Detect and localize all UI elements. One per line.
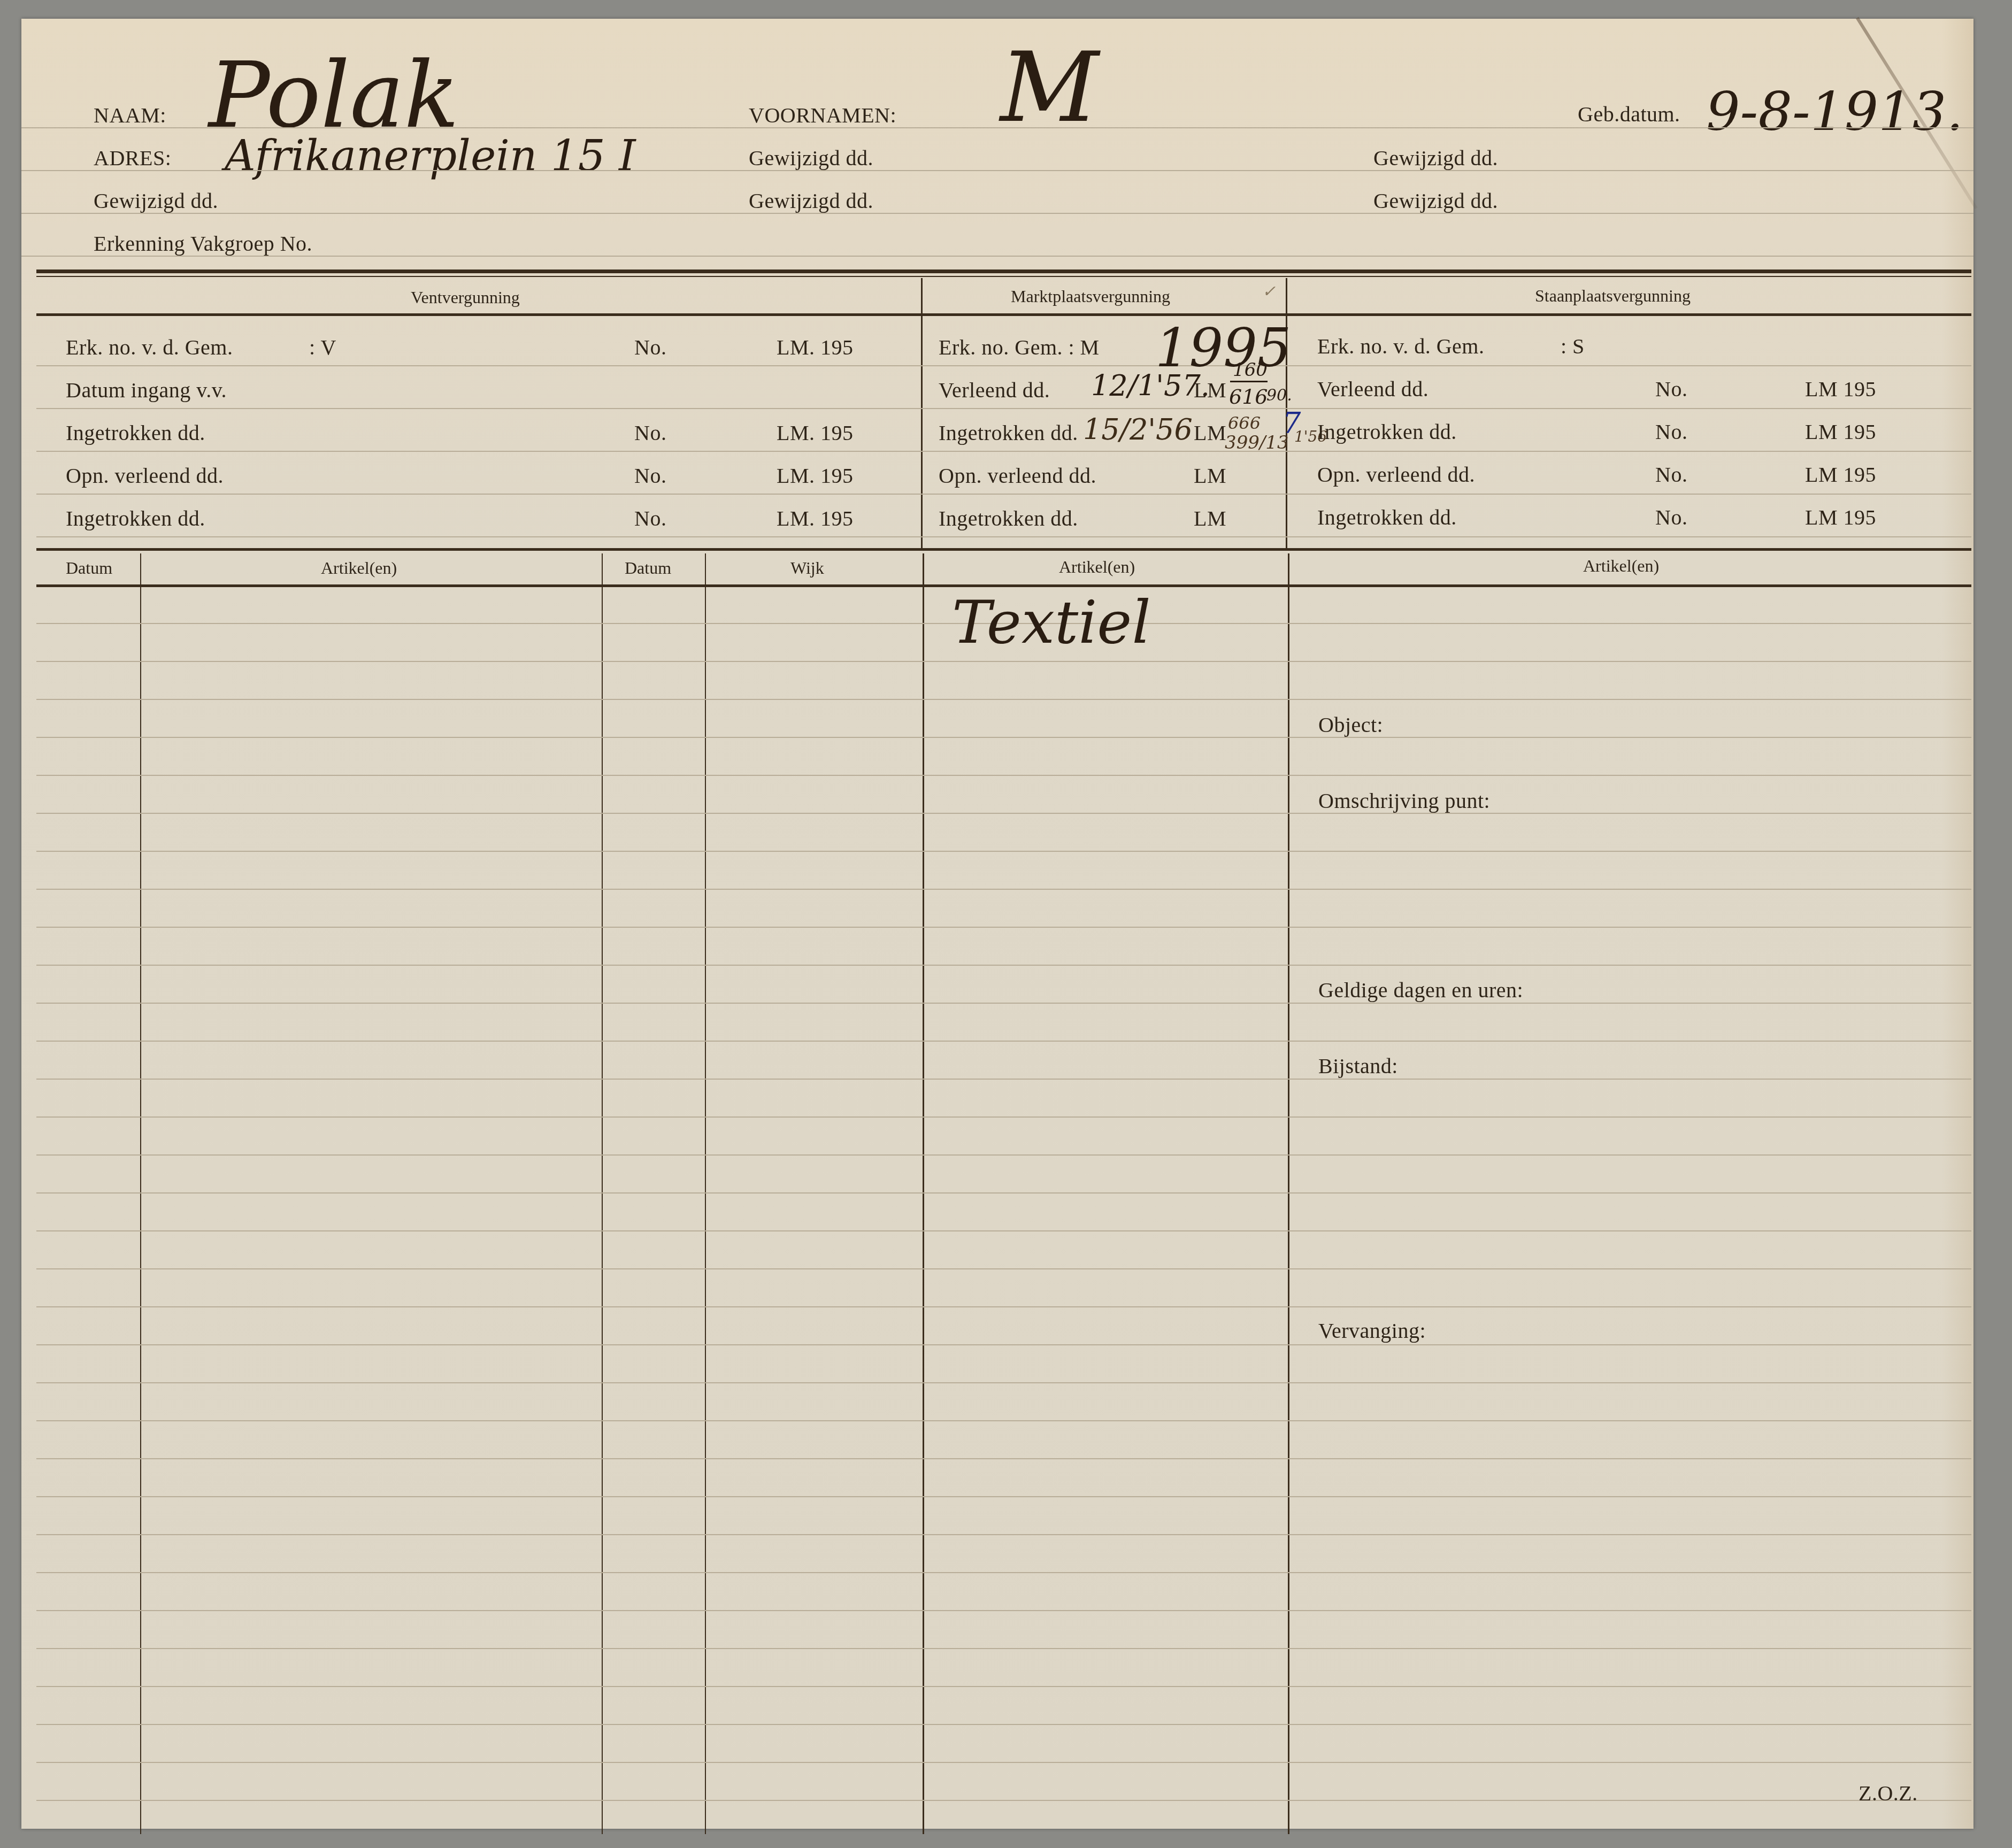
top-double-rule-thin [36, 276, 1971, 277]
gewijzigd-label-2b: Gewijzigd dd. [749, 188, 873, 213]
column-header-top-rule [36, 548, 1971, 551]
gewijzigd-label-1: Gewijzigd dd. [94, 188, 218, 213]
gewijzigd-label-3b: Gewijzigd dd. [1373, 188, 1498, 213]
row-line-3 [36, 451, 1971, 452]
vent-row-1-label: Erk. no. v. d. Gem. [66, 335, 233, 360]
ruled-line [36, 1079, 1971, 1080]
gewijzigd-label-3a: Gewijzigd dd. [1373, 145, 1498, 171]
bijstand-label: Bijstand: [1318, 1053, 1398, 1079]
ruled-line [36, 965, 1971, 966]
ruled-line [36, 1534, 1971, 1535]
adres-value: Afrikanerplein 15 I [225, 131, 636, 181]
omschrijving-label: Omschrijving punt: [1318, 788, 1490, 813]
ruled-line [36, 1344, 1971, 1345]
naam-label: NAAM: [94, 103, 166, 128]
ruled-line [36, 1610, 1971, 1611]
top-double-rule [36, 269, 1971, 273]
ruled-line [36, 1648, 1971, 1649]
staan-row-4-label: Opn. verleend dd. [1317, 462, 1475, 487]
ruled-line [36, 813, 1971, 814]
staan-row-5-lm: LM 195 [1805, 505, 1876, 530]
markt-row-3-label: Ingetrokken dd. [939, 420, 1078, 445]
vent-title: Ventvergunning [411, 288, 520, 307]
gebdatum-label: Geb.datum. [1578, 102, 1680, 127]
section-header-rule [36, 313, 1971, 316]
ruled-line [36, 1003, 1971, 1004]
staan-row-3-lm: LM 195 [1805, 419, 1876, 444]
staan-row-4-no: No. [1655, 462, 1687, 487]
staan-row-2-label: Verleend dd. [1317, 376, 1429, 402]
col-artikelen-1: Artikel(en) [321, 558, 397, 578]
col-datum-1: Datum [66, 558, 112, 578]
row-line-4 [36, 494, 1971, 495]
vent-row-3-lm: LM. 195 [777, 420, 854, 445]
ruled-line [36, 1041, 1971, 1042]
markt-row-1-label: Erk. no. Gem. : M [939, 335, 1100, 360]
erkenning-label: Erkenning Vakgroep No. [94, 231, 312, 256]
object-label: Object: [1318, 712, 1383, 737]
ruled-line [36, 1458, 1971, 1459]
col-artikelen-3: Artikel(en) [1583, 556, 1659, 576]
zoz-footer: Z.O.Z. [1859, 1781, 1918, 1806]
header-line-4 [21, 256, 1973, 257]
vent-row-1-no: No. [634, 335, 666, 360]
ruled-line [36, 1762, 1971, 1763]
markt-row-3-lm: LM [1194, 420, 1226, 445]
geldige-label: Geldige dagen en uren: [1318, 977, 1523, 1003]
markt-row-2-lm: LM [1194, 378, 1226, 403]
header-line-3 [21, 213, 1973, 214]
header-line-1 [21, 127, 1973, 128]
ruled-line [36, 851, 1971, 852]
markt-title: Marktplaatsvergunning [1011, 287, 1170, 306]
vent-row-4-lm: LM. 195 [777, 463, 854, 488]
vent-row-4-label: Opn. verleend dd. [66, 463, 224, 488]
ruled-line [36, 1420, 1971, 1421]
col-line-1 [140, 553, 141, 1834]
staan-row-2-lm: LM 195 [1805, 376, 1876, 402]
ruled-line [36, 1268, 1971, 1269]
markt-row-5-lm: LM [1194, 506, 1226, 531]
col-line-5 [1288, 553, 1289, 1834]
staan-row-3-no: No. [1655, 419, 1687, 444]
ruled-line [36, 661, 1971, 662]
ruled-line [36, 699, 1971, 700]
markt-extra-note: 90. [1266, 386, 1292, 405]
col-line-4 [923, 553, 924, 1834]
header-line-2 [21, 170, 1973, 171]
fraction-bar [1230, 381, 1268, 382]
staan-row-2-no: No. [1655, 376, 1687, 402]
staan-row-5-label: Ingetrokken dd. [1317, 505, 1457, 530]
col-wijk: Wijk [790, 558, 824, 578]
vervanging-label: Vervanging: [1318, 1318, 1426, 1343]
markt-artikel-value: Textiel [952, 588, 1151, 657]
ruled-line [36, 1192, 1971, 1193]
row-line-5 [36, 536, 1971, 537]
gebdatum-value: 9-8-1913. [1706, 80, 1963, 143]
col-artikelen-2: Artikel(en) [1059, 557, 1135, 577]
ruled-line [36, 1116, 1971, 1118]
staan-row-4-lm: LM 195 [1805, 462, 1876, 487]
markt-verleend-date: 12/1'57. [1091, 369, 1210, 403]
markt-lm-bottom-2: 399/13 [1225, 432, 1289, 453]
adres-label: ADRES: [94, 145, 171, 171]
markt-lm-top-2: 666 [1228, 413, 1261, 433]
section-divider-1 [921, 278, 923, 548]
col-line-3 [705, 553, 706, 1834]
ruled-line [36, 1686, 1971, 1687]
ruled-line [36, 889, 1971, 890]
ruled-line [36, 1496, 1971, 1497]
ruled-line [36, 775, 1971, 776]
vent-row-2-label: Datum ingang v.v. [66, 378, 227, 403]
vent-row-5-label: Ingetrokken dd. [66, 506, 205, 531]
col-line-2 [602, 553, 603, 1834]
vent-row-5-no: No. [634, 506, 666, 531]
vent-row-3-label: Ingetrokken dd. [66, 420, 205, 445]
vent-row-1-code: : V [309, 335, 336, 360]
staan-row-5-no: No. [1655, 505, 1687, 530]
staan-row-1-code: : S [1561, 334, 1585, 359]
vent-row-4-no: No. [634, 463, 666, 488]
ruled-line [36, 1724, 1971, 1725]
ruled-line [36, 1800, 1971, 1801]
vent-row-1-lm: LM. 195 [777, 335, 854, 360]
ruled-line [36, 1382, 1971, 1383]
col-datum-2: Datum [625, 558, 671, 578]
ruled-line [36, 1306, 1971, 1307]
ruled-line [36, 927, 1971, 928]
check-mark-icon: ✓ [1262, 282, 1276, 301]
markt-row-4-label: Opn. verleend dd. [939, 463, 1096, 488]
row-line-2 [36, 408, 1971, 409]
ruled-line [36, 1230, 1971, 1231]
markt-row-2-label: Verleend dd. [939, 378, 1050, 403]
ruled-line [36, 1572, 1971, 1573]
markt-ingetrokken-date: 15/2'56 [1083, 413, 1193, 446]
vent-row-3-no: No. [634, 420, 666, 445]
markt-lm-bottom: 616 [1229, 385, 1268, 409]
markt-lm-top: 160 [1233, 359, 1268, 381]
staan-title: Staanplaatsvergunning [1535, 286, 1691, 306]
vent-row-5-lm: LM. 195 [777, 506, 854, 531]
column-header-bottom-rule [36, 584, 1971, 587]
voornamen-label: VOORNAMEN: [749, 103, 896, 128]
row-line-1 [36, 365, 1971, 366]
staan-row-3-label: Ingetrokken dd. [1317, 419, 1457, 444]
markt-row-4-lm: LM [1194, 463, 1226, 488]
ruled-line [36, 737, 1971, 738]
ruled-line [36, 1154, 1971, 1156]
gewijzigd-label-2a: Gewijzigd dd. [749, 145, 873, 171]
markt-row-5-label: Ingetrokken dd. [939, 506, 1078, 531]
staan-row-1-label: Erk. no. v. d. Gem. [1317, 334, 1484, 359]
